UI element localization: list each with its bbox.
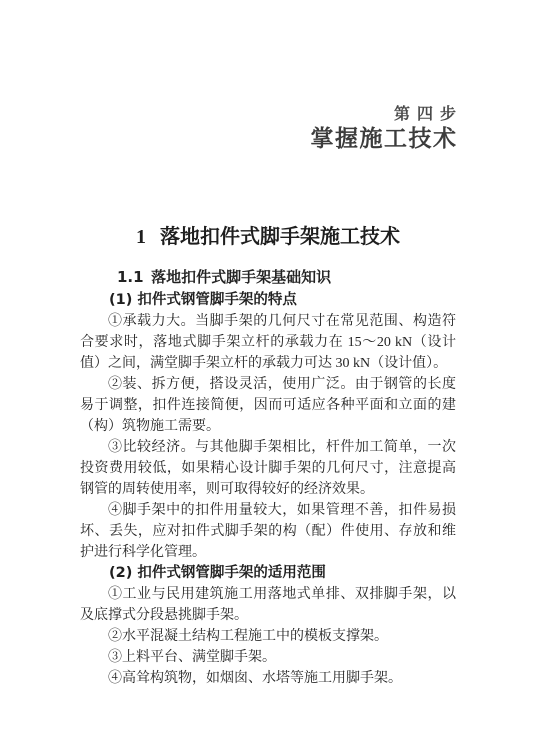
paragraph: ③比较经济。与其他脚手架相比，杆件加工简单，一次投资费用较低，如果精心设计脚手架…: [80, 437, 456, 500]
paragraph: ②装、拆方便，搭设灵活，使用广泛。由于钢管的长度易于调整，扣件连接简便，因而可适…: [80, 374, 456, 437]
book-page: 第四步 掌握施工技术 1落地扣件式脚手架施工技术 1.1落地扣件式脚手架基础知识…: [0, 0, 555, 750]
numbered-heading: (2) 扣件式钢管脚手架的适用范围: [80, 563, 456, 584]
list-item: ③上料平台、满堂脚手架。: [80, 647, 456, 668]
numbered-heading: (1) 扣件式钢管脚手架的特点: [80, 290, 456, 311]
paragraph: ①承载力大。当脚手架的几何尺寸在常见范围、构造符合要求时，落地式脚手架立杆的承载…: [80, 311, 456, 374]
list-item: ②水平混凝土结构工程施工中的模板支撑架。: [80, 626, 456, 647]
subsection-title-text: 落地扣件式脚手架基础知识: [151, 268, 331, 286]
step-header: 第四步 掌握施工技术: [80, 0, 456, 154]
list-item: ①工业与民用建筑施工用落地式单排、双排脚手架，以及底撑式分段悬挑脚手架。: [80, 584, 456, 626]
section-title-text: 落地扣件式脚手架施工技术: [160, 226, 400, 248]
step-label: 第四步: [80, 104, 463, 123]
step-title: 掌握施工技术: [80, 125, 458, 154]
paragraph: ④脚手架中的扣件用量较大，如果管理不善，扣件易损坏、丢失，应对扣件式脚手架的构（…: [80, 500, 456, 563]
section-title: 1落地扣件式脚手架施工技术: [80, 154, 456, 250]
list-item: ④高耸构筑物，如烟囱、水塔等施工用脚手架。: [80, 668, 456, 689]
text-column: 第四步 掌握施工技术 1落地扣件式脚手架施工技术 1.1落地扣件式脚手架基础知识…: [80, 0, 456, 689]
section-number: 1: [136, 226, 146, 248]
subsection-number: 1.1: [117, 268, 144, 286]
subsection-title: 1.1落地扣件式脚手架基础知识: [80, 268, 456, 287]
body-text: (1) 扣件式钢管脚手架的特点 ①承载力大。当脚手架的几何尺寸在常见范围、构造符…: [80, 290, 456, 689]
